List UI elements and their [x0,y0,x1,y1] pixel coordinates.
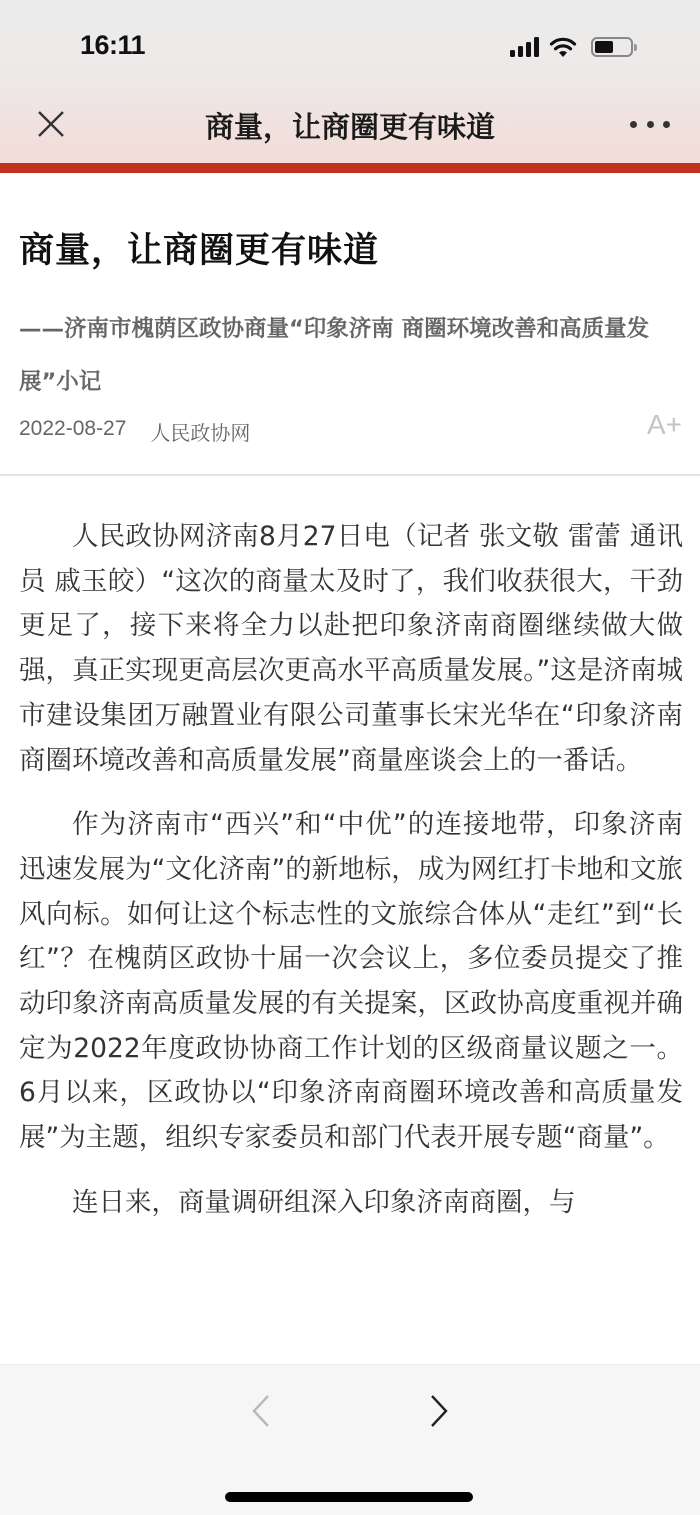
wifi-icon [549,36,577,58]
home-indicator[interactable] [225,1492,473,1502]
article-source: 人民政协网 [150,417,250,446]
publish-date: 2022-08-27 [19,417,126,446]
chevron-left-icon [246,1391,274,1431]
article-body: 人民政协网济南8月27日电（记者 张文敬 雷蕾 通讯员 戚玉皎）“这次的商量太及… [19,515,683,1246]
header-divider [0,474,700,476]
nav-title: 商量，让商圈更有味道 [0,105,700,146]
battery-icon [591,37,633,57]
font-size-button[interactable]: A+ [647,409,682,441]
status-time: 16:11 [80,30,145,61]
cellular-signal-icon [510,37,539,57]
paragraph: 人民政协网济南8月27日电（记者 张文敬 雷蕾 通讯员 戚玉皎）“这次的商量太及… [19,515,683,783]
more-options-button[interactable] [630,109,670,139]
paragraph: 连日来，商量调研组深入印象济南商圈，与 [19,1181,683,1226]
navigation-bar: 商量，让商圈更有味道 [0,95,700,155]
article-subtitle: ——济南市槐荫区政协商量“印象济南 商圈环境改善和高质量发展”小记 [19,303,679,409]
accent-bar [0,163,700,173]
status-bar: 16:11 [0,0,700,90]
status-icons [510,34,633,60]
forward-button[interactable] [426,1391,454,1431]
chevron-right-icon [426,1391,454,1431]
more-horizontal-icon [630,121,637,128]
back-button[interactable] [246,1391,274,1431]
article-meta: 2022-08-27 人民政协网 [19,417,250,446]
paragraph: 作为济南市“西兴”和“中优”的连接地带，印象济南迅速发展为“文化济南”的新地标，… [19,803,683,1161]
article-title: 商量，让商圈更有味道 [19,223,379,273]
